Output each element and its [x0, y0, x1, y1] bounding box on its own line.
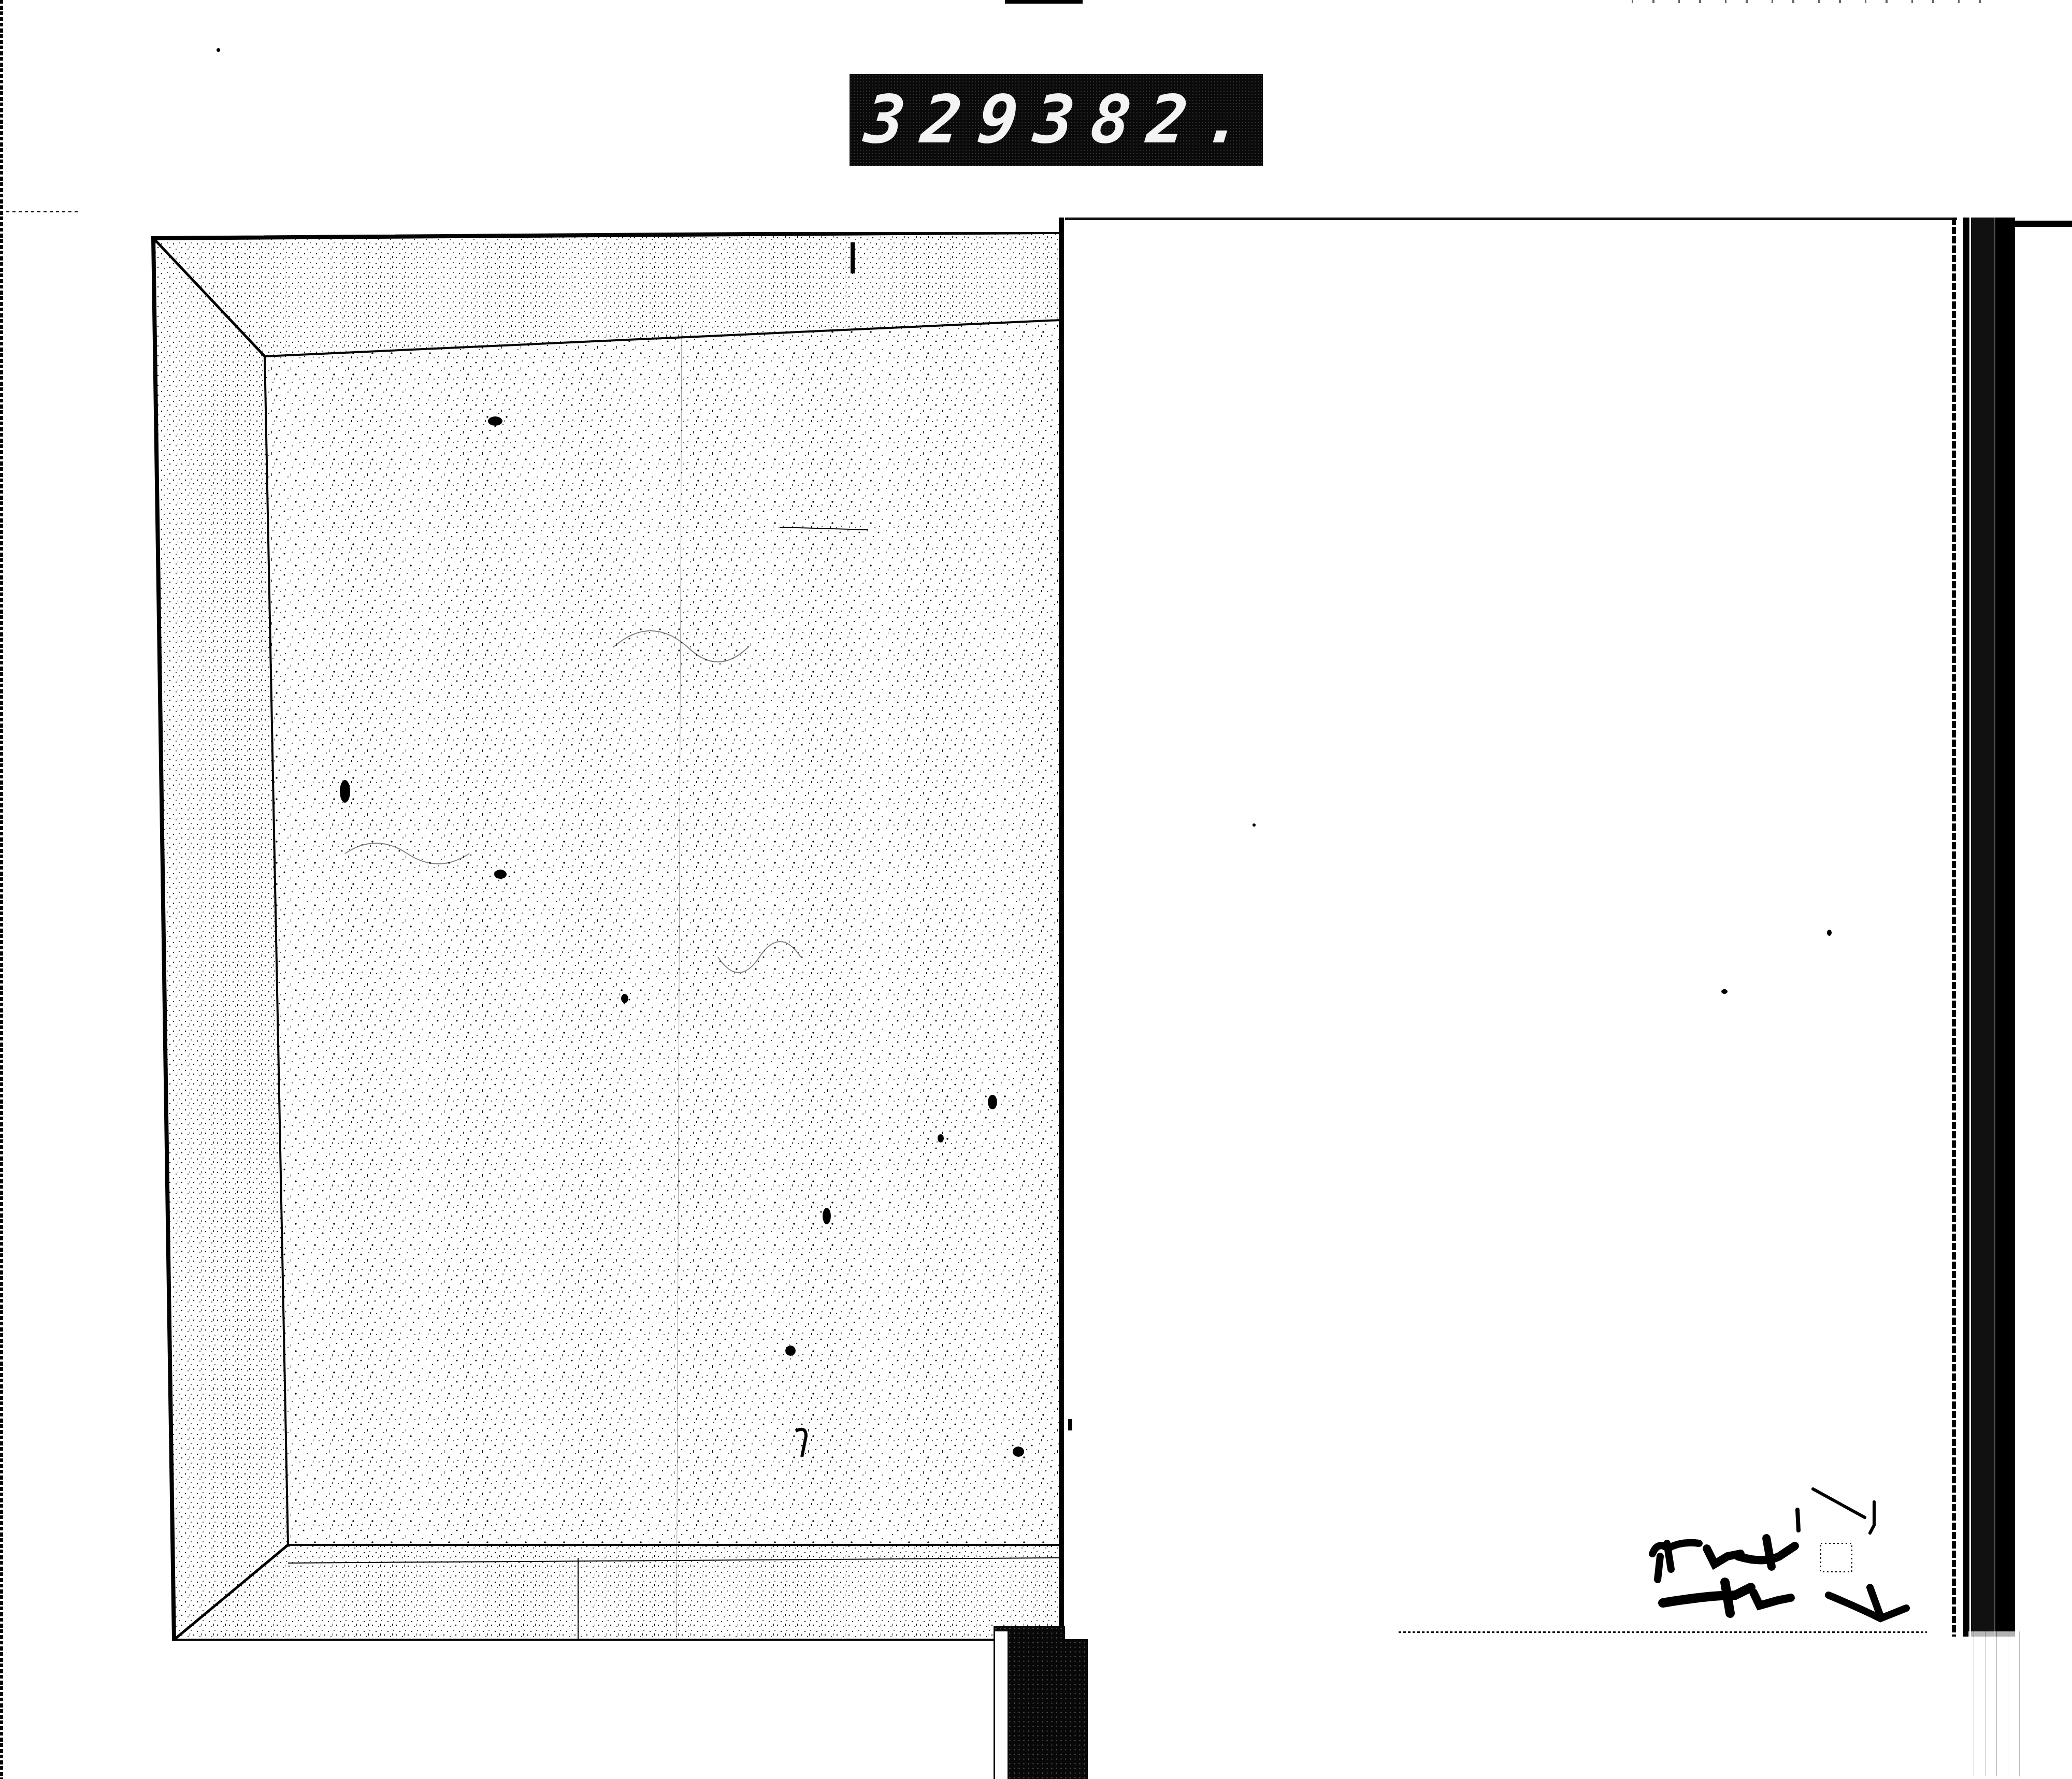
frame-counter-left: 329	[861, 87, 1038, 153]
page-stack-fore-edge	[1963, 218, 2015, 1637]
left-cover-panel	[148, 232, 1061, 1641]
page-stack-inner-edge	[1952, 218, 1956, 1637]
handwritten-note	[1642, 1466, 1932, 1631]
cover-illustration	[148, 232, 1061, 1641]
scan-speck	[217, 48, 220, 52]
right-leaf-bottom-edge	[1399, 1631, 1927, 1633]
frame-counter-badge: 329 382.	[850, 74, 1263, 166]
right-blank-leaf	[1065, 218, 1957, 1639]
scan-speck	[1721, 989, 1728, 994]
scan-speck	[1253, 823, 1256, 827]
handwriting-strokes	[1642, 1466, 1932, 1631]
scan-rule-right	[2010, 221, 2072, 227]
scan-edge-left	[0, 0, 3, 1779]
scan-artifact-top-right	[1632, 0, 1994, 3]
scan-speck	[1068, 1419, 1072, 1430]
scan-speck	[1827, 930, 1832, 936]
scan-rule-left	[0, 211, 80, 212]
frame-counter-right: 382.	[1031, 87, 1264, 153]
spine-tab	[994, 1626, 1088, 1779]
scan-artifact-top	[1005, 0, 1083, 4]
spine-divider	[1059, 218, 1064, 1626]
spine-tab-edge	[994, 1631, 1008, 1779]
page-stack-shadow	[1968, 1631, 2031, 1776]
